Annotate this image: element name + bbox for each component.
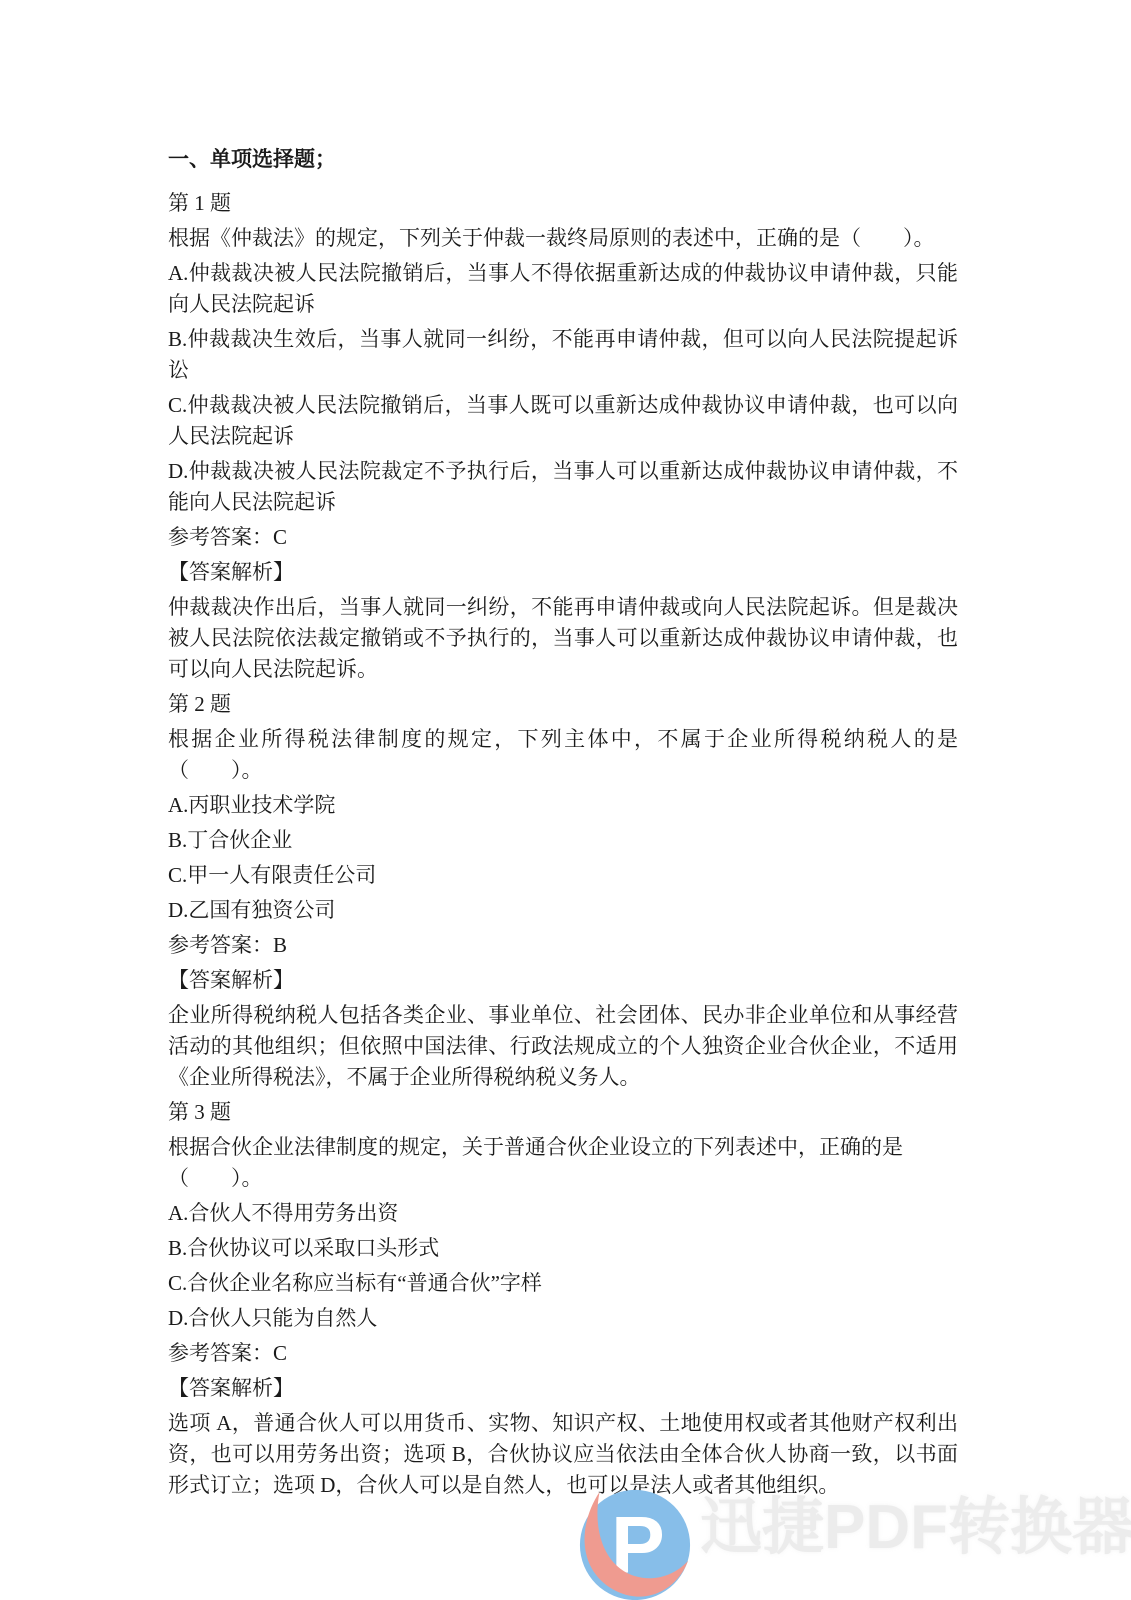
reference-answer: 参考答案：C [168, 522, 958, 553]
analysis-header: 【答案解析】 [168, 1373, 958, 1404]
question-stem: 根据合伙企业法律制度的规定，关于普通合伙企业设立的下列表述中，正确的是 （ ）。 [168, 1132, 958, 1194]
question-block-2: 第 2 题 根据企业所得税法律制度的规定，下列主体中，不属于企业所得税纳税人的是… [168, 689, 958, 1093]
question-option-a: A.合伙人不得用劳务出资 [168, 1198, 958, 1229]
question-option-d: D.仲裁裁决被人民法院裁定不予执行后，当事人可以重新达成仲裁协议申请仲裁，不能向… [168, 456, 958, 518]
question-stem: 根据企业所得税法律制度的规定，下列主体中，不属于企业所得税纳税人的是（ ）。 [168, 724, 958, 786]
question-option-c: C.合伙企业名称应当标有“普通合伙”字样 [168, 1268, 958, 1299]
question-option-c: C.甲一人有限责任公司 [168, 860, 958, 891]
analysis-text: 仲裁裁决作出后，当事人就同一纠纷，不能再申请仲裁或向人民法院起诉。但是裁决被人民… [168, 592, 958, 685]
question-option-d: D.乙国有独资公司 [168, 895, 958, 926]
question-option-b: B.合伙协议可以采取口头形式 [168, 1233, 958, 1264]
question-number: 第 2 题 [168, 689, 958, 720]
question-block-1: 第 1 题 根据《仲裁法》的规定，下列关于仲裁一裁终局原则的表述中，正确的是（ … [168, 188, 958, 685]
reference-answer: 参考答案：B [168, 930, 958, 961]
watermark: P 迅捷PDF转换器 [576, 1486, 1131, 1600]
analysis-header: 【答案解析】 [168, 557, 958, 588]
question-option-b: B.丁合伙企业 [168, 825, 958, 856]
analysis-text: 企业所得税纳税人包括各类企业、事业单位、社会团体、民办非企业单位和从事经营活动的… [168, 1000, 958, 1093]
question-number: 第 3 题 [168, 1097, 958, 1128]
question-block-3: 第 3 题 根据合伙企业法律制度的规定，关于普通合伙企业设立的下列表述中，正确的… [168, 1097, 958, 1501]
question-option-d: D.合伙人只能为自然人 [168, 1303, 958, 1334]
question-option-a: A.仲裁裁决被人民法院撤销后，当事人不得依据重新达成的仲裁协议申请仲裁，只能向人… [168, 258, 958, 320]
watermark-text: 迅捷PDF转换器 [700, 1492, 1131, 1564]
pdf-converter-logo-icon: P [576, 1486, 694, 1600]
question-number: 第 1 题 [168, 188, 958, 219]
document-page: 一、单项选择题； 第 1 题 根据《仲裁法》的规定，下列关于仲裁一裁终局原则的表… [0, 0, 1131, 1600]
section-title: 一、单项选择题； [168, 146, 958, 174]
question-option-c: C.仲裁裁决被人民法院撤销后，当事人既可以重新达成仲裁协议申请仲裁，也可以向人民… [168, 390, 958, 452]
question-option-a: A.丙职业技术学院 [168, 790, 958, 821]
question-stem: 根据《仲裁法》的规定，下列关于仲裁一裁终局原则的表述中，正确的是（ ）。 [168, 223, 958, 254]
reference-answer: 参考答案：C [168, 1338, 958, 1369]
document-content: 一、单项选择题； 第 1 题 根据《仲裁法》的规定，下列关于仲裁一裁终局原则的表… [168, 146, 958, 1505]
question-option-b: B.仲裁裁决生效后，当事人就同一纠纷，不能再申请仲裁，但可以向人民法院提起诉讼 [168, 324, 958, 386]
analysis-header: 【答案解析】 [168, 965, 958, 996]
